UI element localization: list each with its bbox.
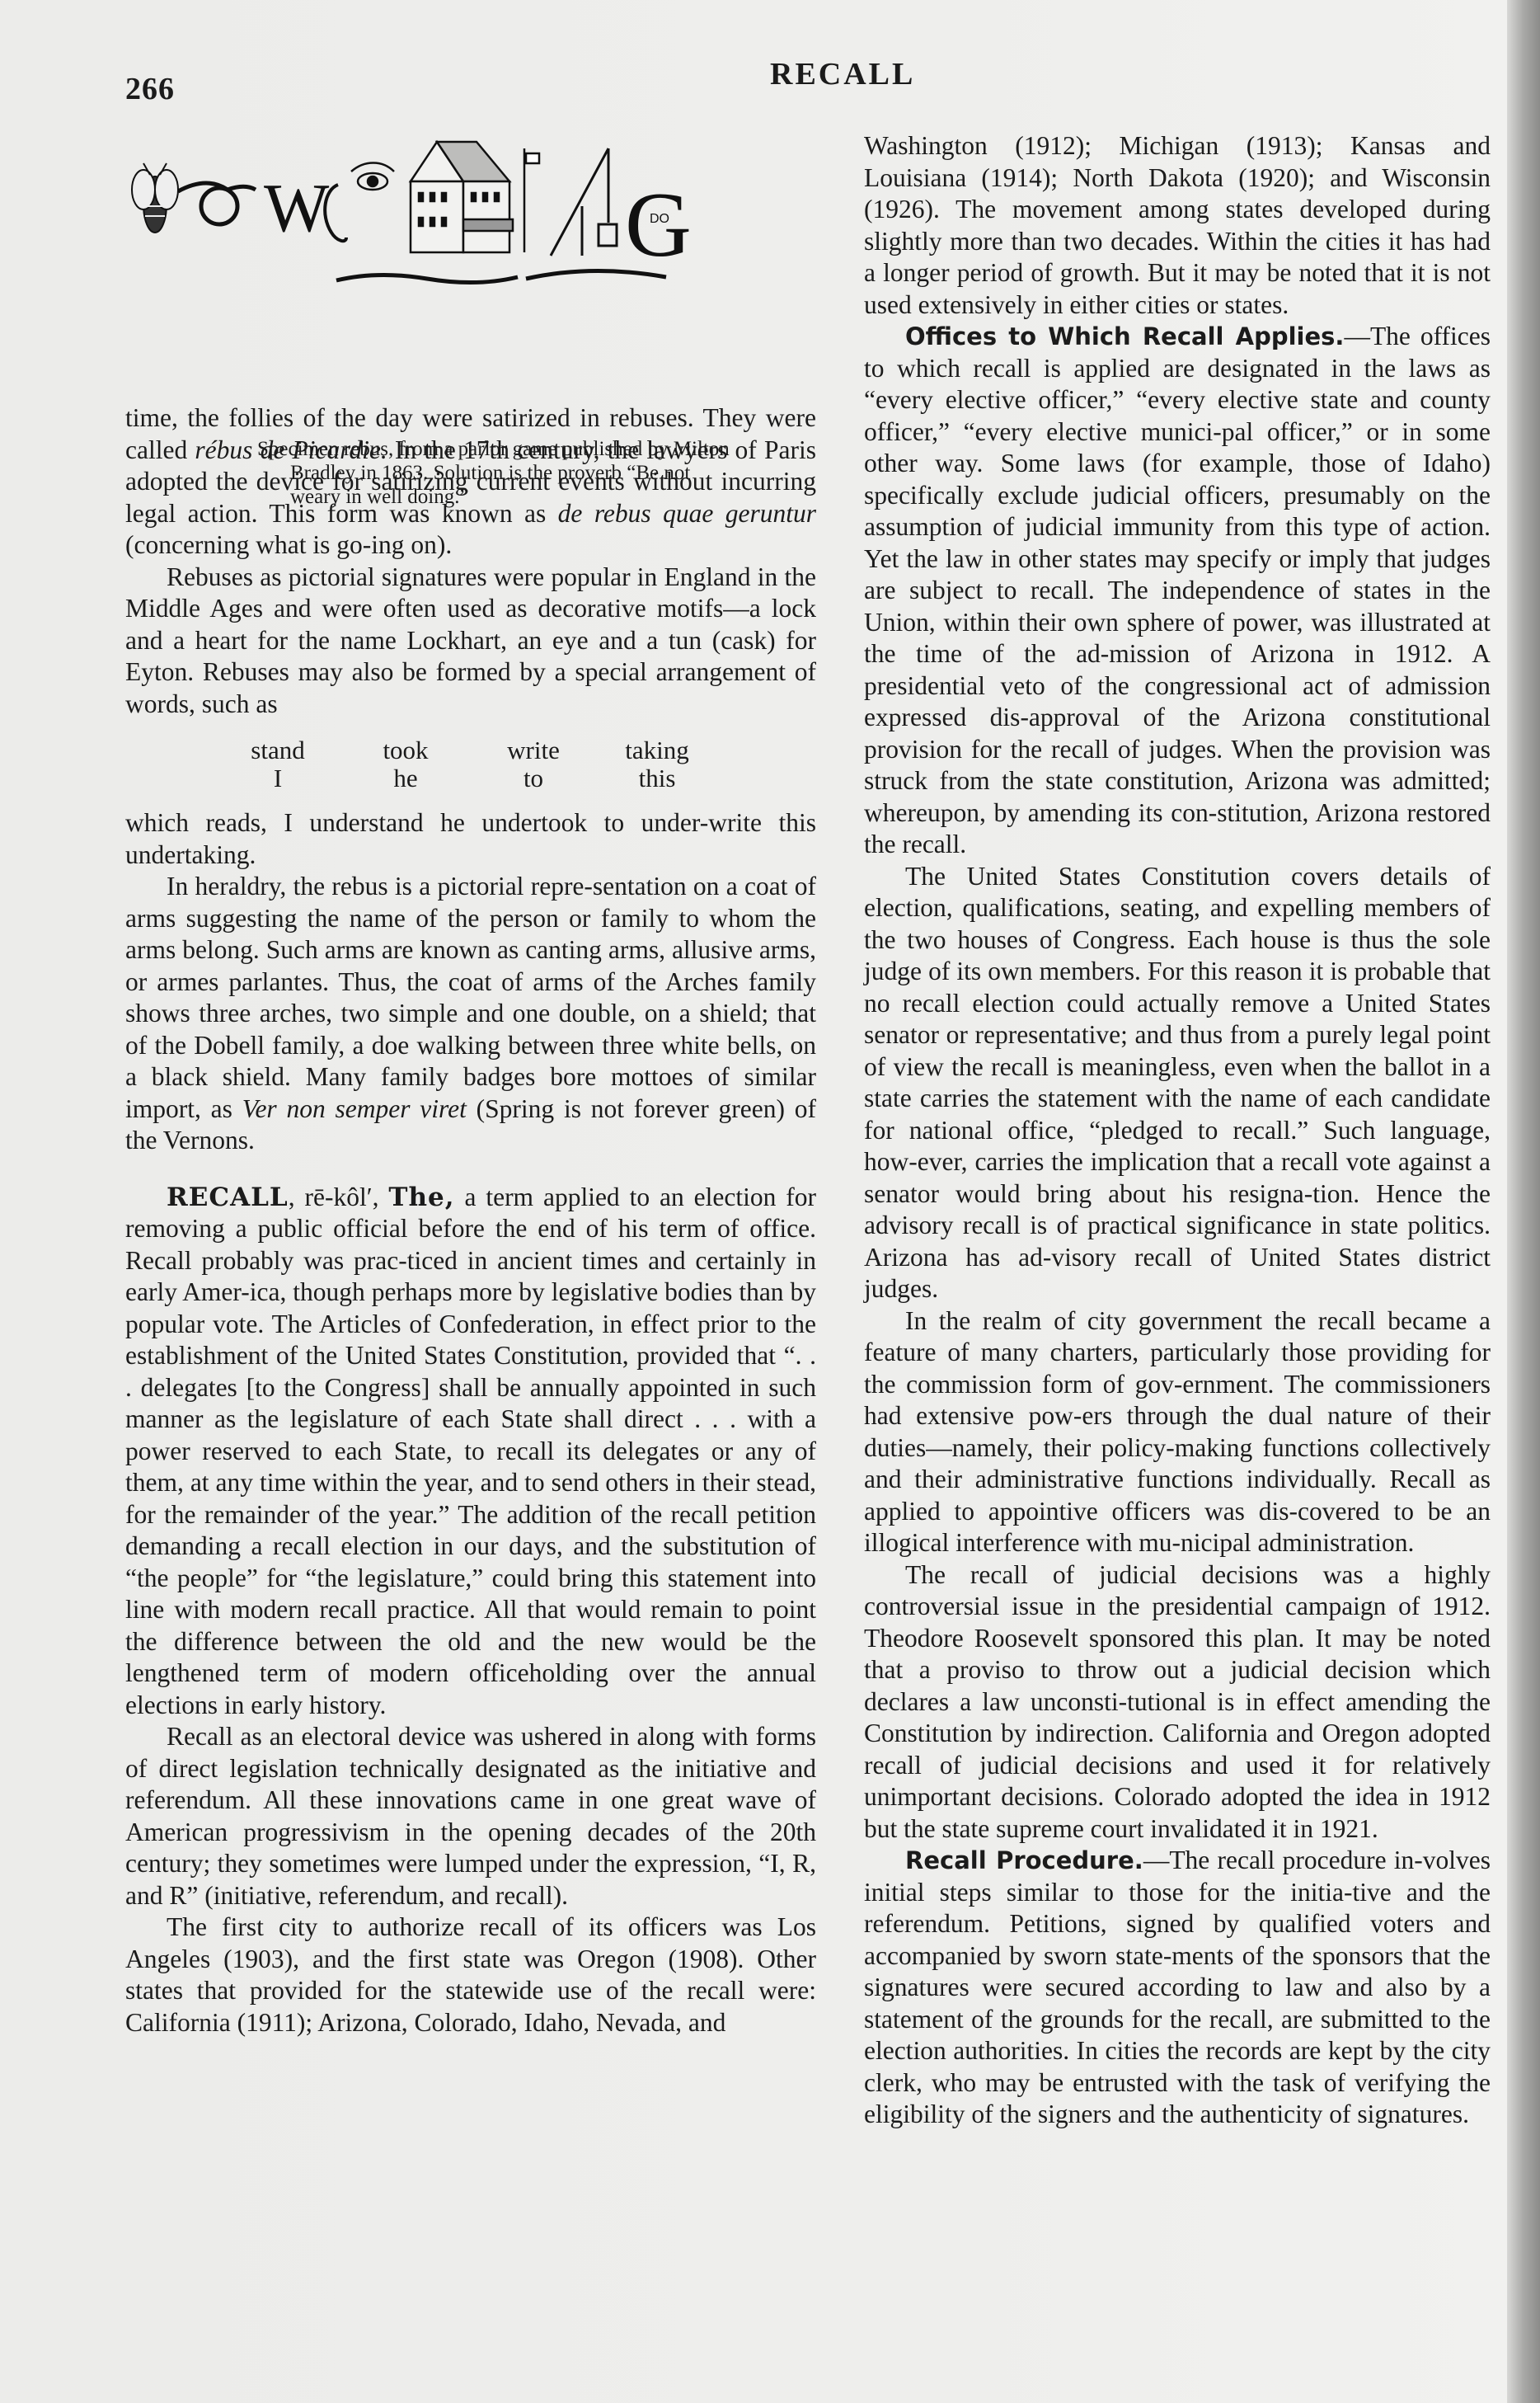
svg-text:DO: DO (650, 212, 669, 226)
well-sweep-icon (551, 148, 617, 256)
grass-icon (336, 270, 666, 282)
paragraph-states-list: Washington (1912); Michigan (1913); Kans… (864, 130, 1491, 321)
paragraph-rebus-reading: which reads, I understand he undertook t… (125, 807, 816, 871)
rebus-word: I (216, 764, 340, 792)
rebus-word: stand (216, 736, 340, 764)
rebus-word: this (595, 764, 719, 792)
right-column: Washington (1912); Michigan (1913); Kans… (864, 130, 1491, 2131)
paragraph-first-city: The first city to authorize recall of it… (125, 1912, 816, 2039)
letter-g-icon: G DO (625, 174, 692, 276)
house-icon (411, 142, 539, 252)
rebus-word: write (472, 736, 595, 764)
eye-icon (351, 163, 394, 190)
page-edge-shadow (1507, 0, 1540, 2403)
rebus-word: took (340, 736, 472, 764)
rebus-illustration-icon: W (130, 132, 823, 297)
italic-rebus-de-picardie: rébus de Picardie. (195, 435, 387, 464)
italic-de-rebus: de rebus quae geruntur (558, 499, 816, 528)
knot-icon (178, 183, 256, 224)
rebus-word: to (472, 764, 595, 792)
letter-w: W (264, 170, 330, 247)
book-page: 266 RECALL W (0, 0, 1509, 2403)
pronunciation: , rē-kôl′, (289, 1183, 389, 1211)
paragraph-procedure: Recall Procedure.—The recall procedure i… (864, 1845, 1491, 2131)
subheading-offices: Offices to Which Recall Applies. (905, 322, 1344, 350)
rebus-word: taking (595, 736, 719, 764)
paragraph-heraldry: In heraldry, the rebus is a pictorial re… (125, 871, 816, 1157)
rebus-figure: W (125, 124, 826, 371)
italic-motto: Ver non semper viret (242, 1094, 467, 1123)
running-head: RECALL (770, 56, 915, 92)
bee-icon (132, 163, 178, 233)
paragraph-pictorial-signatures: Rebuses as pictorial signatures were pop… (125, 562, 816, 721)
entry-article: The, (388, 1183, 454, 1212)
rebus-word: he (340, 764, 472, 792)
paragraph-city-government: In the realm of city government the reca… (864, 1305, 1491, 1559)
rebus-word-arrangement: stand took write taking I he to this (216, 736, 816, 792)
paragraph-us-constitution: The United States Constitution covers de… (864, 861, 1491, 1305)
entry-headword: RECALL (167, 1183, 289, 1212)
left-column: time, the follies of the day were satiri… (125, 402, 816, 2039)
paragraph-offices: Offices to Which Recall Applies.—The off… (864, 321, 1491, 861)
subheading-procedure: Recall Procedure. (905, 1846, 1143, 1874)
page-number: 266 (125, 71, 175, 107)
paragraph-electoral-device: Recall as an electoral device was ushere… (125, 1721, 816, 1912)
paragraph-judicial-decisions: The recall of judicial decisions was a h… (864, 1559, 1491, 1846)
paragraph-rebus-history: time, the follies of the day were satiri… (125, 402, 816, 562)
paragraph-recall-definition: RECALL, rē-kôl′, The, a term applied to … (125, 1182, 816, 1722)
